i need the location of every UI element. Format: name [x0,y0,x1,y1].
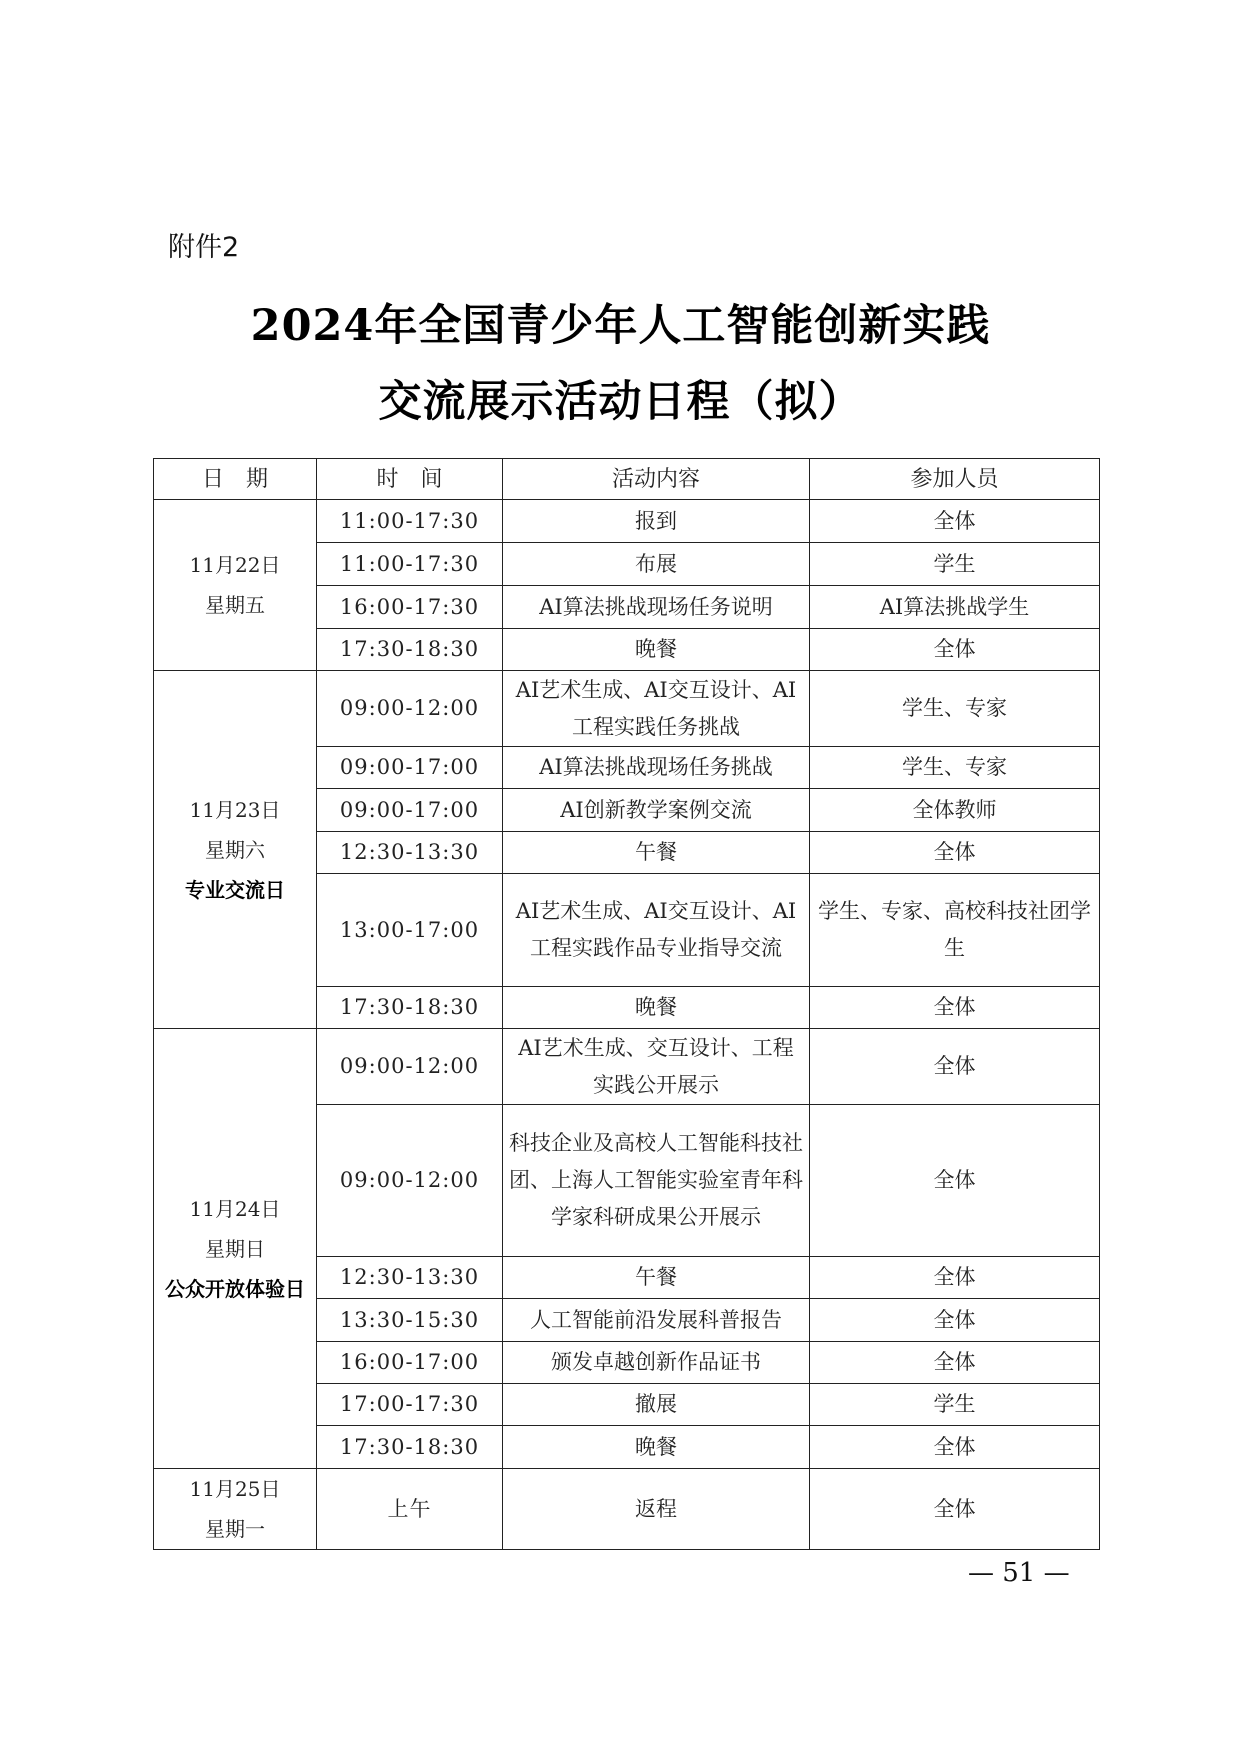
time-cell: 13:30-15:30 [317,1299,503,1342]
date-cell: 11月22日 星期五 [154,500,317,671]
weekday: 星期日 [160,1229,310,1269]
column-header-time: 时 间 [317,459,503,500]
participants-cell: 全体教师 [810,789,1100,832]
table-row: 11月24日 星期日 公众开放体验日 09:00-12:00 AI艺术生成、交互… [154,1029,1100,1105]
activity-cell: 撤展 [503,1384,810,1426]
weekday: 星期一 [160,1509,310,1549]
document-title-line-1: 2024年全国青少年人工智能创新实践 [0,292,1241,353]
attachment-label: 附件2 [168,225,239,264]
activity-cell: 报到 [503,500,810,543]
schedule-table: 日 期 时 间 活动内容 参加人员 11月22日 星期五 11:00-17:30… [153,458,1100,1550]
time-cell: 17:30-18:30 [317,987,503,1029]
time-cell: 12:30-13:30 [317,832,503,874]
time-cell: 11:00-17:30 [317,500,503,543]
time-cell: 13:00-17:00 [317,874,503,987]
participants-cell: 全体 [810,500,1100,543]
time-cell: 09:00-17:00 [317,789,503,832]
time-cell: 09:00-12:00 [317,671,503,747]
participants-cell: 全体 [810,1426,1100,1469]
activity-cell: AI算法挑战现场任务说明 [503,586,810,629]
time-cell: 17:30-18:30 [317,629,503,671]
page-number: — 51 — [968,1558,1070,1588]
participants-cell: 学生、专家、高校科技社团学生 [810,874,1100,987]
date: 11月25日 [160,1469,310,1509]
activity-cell: 晚餐 [503,1426,810,1469]
date-cell: 11月23日 星期六 专业交流日 [154,671,317,1029]
date: 11月24日 [160,1189,310,1229]
participants-cell: AI算法挑战学生 [810,586,1100,629]
day-theme-label: 专业交流日 [160,870,310,910]
time-cell: 17:30-18:30 [317,1426,503,1469]
activity-cell: AI算法挑战现场任务挑战 [503,747,810,789]
weekday: 星期五 [160,585,310,625]
activity-cell: 科技企业及高校人工智能科技社团、上海人工智能实验室青年科学家科研成果公开展示 [503,1105,810,1257]
participants-cell: 学生、专家 [810,747,1100,789]
participants-cell: 全体 [810,987,1100,1029]
time-cell: 09:00-17:00 [317,747,503,789]
participants-cell: 全体 [810,1299,1100,1342]
column-header-participants: 参加人员 [810,459,1100,500]
time-cell: 09:00-12:00 [317,1029,503,1105]
participants-cell: 全体 [810,832,1100,874]
activity-cell: 人工智能前沿发展科普报告 [503,1299,810,1342]
participants-cell: 全体 [810,1342,1100,1384]
time-cell: 17:00-17:30 [317,1384,503,1426]
participants-cell: 全体 [810,1469,1100,1550]
participants-cell: 学生 [810,543,1100,586]
column-header-date: 日 期 [154,459,317,500]
time-cell: 上午 [317,1469,503,1550]
date-cell: 11月24日 星期日 公众开放体验日 [154,1029,317,1469]
time-cell: 11:00-17:30 [317,543,503,586]
activity-cell: 午餐 [503,1257,810,1299]
participants-cell: 学生 [810,1384,1100,1426]
time-cell: 09:00-12:00 [317,1105,503,1257]
activity-cell: AI创新教学案例交流 [503,789,810,832]
time-cell: 16:00-17:30 [317,586,503,629]
activity-cell: 布展 [503,543,810,586]
activity-cell: 晚餐 [503,629,810,671]
time-cell: 16:00-17:00 [317,1342,503,1384]
activity-cell: 颁发卓越创新作品证书 [503,1342,810,1384]
participants-cell: 全体 [810,629,1100,671]
activity-cell: AI艺术生成、AI交互设计、AI工程实践作品专业指导交流 [503,874,810,987]
document-title-line-2: 交流展示活动日程（拟） [0,368,1241,429]
participants-cell: 全体 [810,1257,1100,1299]
participants-cell: 全体 [810,1029,1100,1105]
activity-cell: AI艺术生成、交互设计、工程实践公开展示 [503,1029,810,1105]
time-cell: 12:30-13:30 [317,1257,503,1299]
participants-cell: 全体 [810,1105,1100,1257]
date-cell: 11月25日 星期一 [154,1469,317,1550]
day-theme-label: 公众开放体验日 [160,1269,310,1309]
participants-cell: 学生、专家 [810,671,1100,747]
date: 11月22日 [160,545,310,585]
table-row: 11月22日 星期五 11:00-17:30 报到 全体 [154,500,1100,543]
date: 11月23日 [160,790,310,830]
activity-cell: AI艺术生成、AI交互设计、AI工程实践任务挑战 [503,671,810,747]
table-row: 11月25日 星期一 上午 返程 全体 [154,1469,1100,1550]
table-row: 11月23日 星期六 专业交流日 09:00-12:00 AI艺术生成、AI交互… [154,671,1100,747]
weekday: 星期六 [160,830,310,870]
table-header-row: 日 期 时 间 活动内容 参加人员 [154,459,1100,500]
activity-cell: 返程 [503,1469,810,1550]
activity-cell: 午餐 [503,832,810,874]
activity-cell: 晚餐 [503,987,810,1029]
column-header-activity: 活动内容 [503,459,810,500]
